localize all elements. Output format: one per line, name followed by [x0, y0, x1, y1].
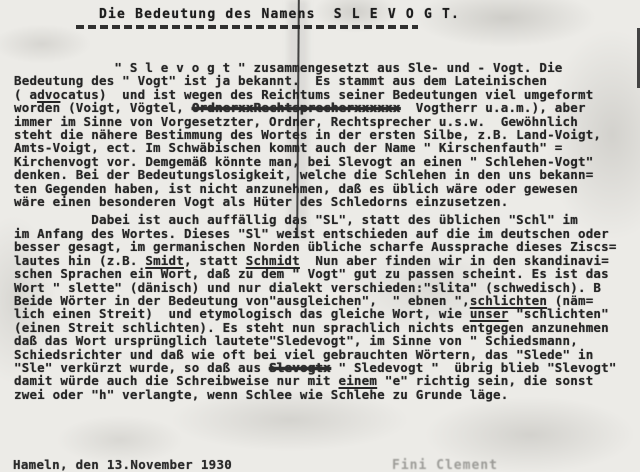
title-underline-rule — [76, 25, 418, 29]
document-line: denken. Bei der Bedeutungslosigkeit, wel… — [14, 168, 638, 181]
document-line: zwei oder "h" verlangte, wenn Schlee wie… — [14, 388, 638, 401]
document-line: Amts-Voigt, ect. Im Schwäbischen kommt a… — [14, 141, 638, 154]
document-line: damit würde auch die Schreibweise nur mi… — [14, 374, 638, 387]
document-line: schen Sprachen ein Wort, daß zu dem " Vo… — [14, 267, 638, 280]
document-line: Bedeutung des " Vogt" ist ja bekannt. Es… — [14, 74, 638, 87]
text-segment: zwei oder "h" verlangte, wenn Schlee wie… — [14, 387, 508, 402]
document-line: daß das Wort ursprünglich lautete"Sledev… — [14, 334, 638, 347]
place-date-line: Hameln, den 13.November 1930 — [13, 457, 232, 472]
document-line: lich einen Streit) und etymologisch das … — [14, 307, 638, 320]
document-line: Dabei ist auch auffällig das "SL", statt… — [14, 213, 638, 226]
document-line: besser gesagt, im germanischen Norden üb… — [14, 240, 638, 253]
scanned-document-page: Die Bedeutung des Namens S L E V O G T. … — [0, 0, 640, 472]
document-line: wäre einen besonderen Vogt als Hüter des… — [14, 195, 638, 208]
signature: Fini Clement — [392, 458, 498, 472]
document-line: worden (Voigt, Vögtel, OrdnerxxRechtspre… — [14, 101, 638, 114]
text-segment: wäre einen besonderen Vogt als Hüter des… — [14, 194, 508, 209]
document-line: Schiedsrichter und daß wie oft bei viel … — [14, 348, 638, 361]
document-line: Wort " slette" (dänisch) und nur dialekt… — [14, 281, 638, 294]
document-body: " S l e v o g t " zusammengesetzt aus Sl… — [14, 61, 638, 401]
document-title: Die Bedeutung des Namens S L E V O G T. — [99, 7, 460, 22]
